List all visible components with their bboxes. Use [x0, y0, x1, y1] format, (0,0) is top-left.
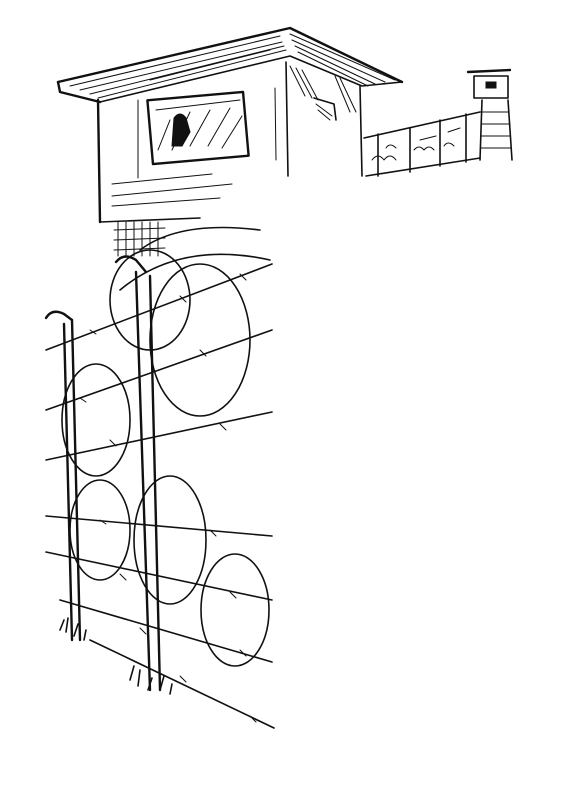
barbs — [80, 274, 256, 722]
distant-watchtower — [468, 70, 512, 160]
main-watchtower — [58, 28, 402, 256]
grass-tufts — [60, 618, 172, 694]
perimeter-wall — [364, 112, 480, 176]
razor-wire-coils — [62, 228, 270, 667]
ink-illustration — [0, 0, 578, 800]
fence-post-left — [46, 312, 80, 640]
